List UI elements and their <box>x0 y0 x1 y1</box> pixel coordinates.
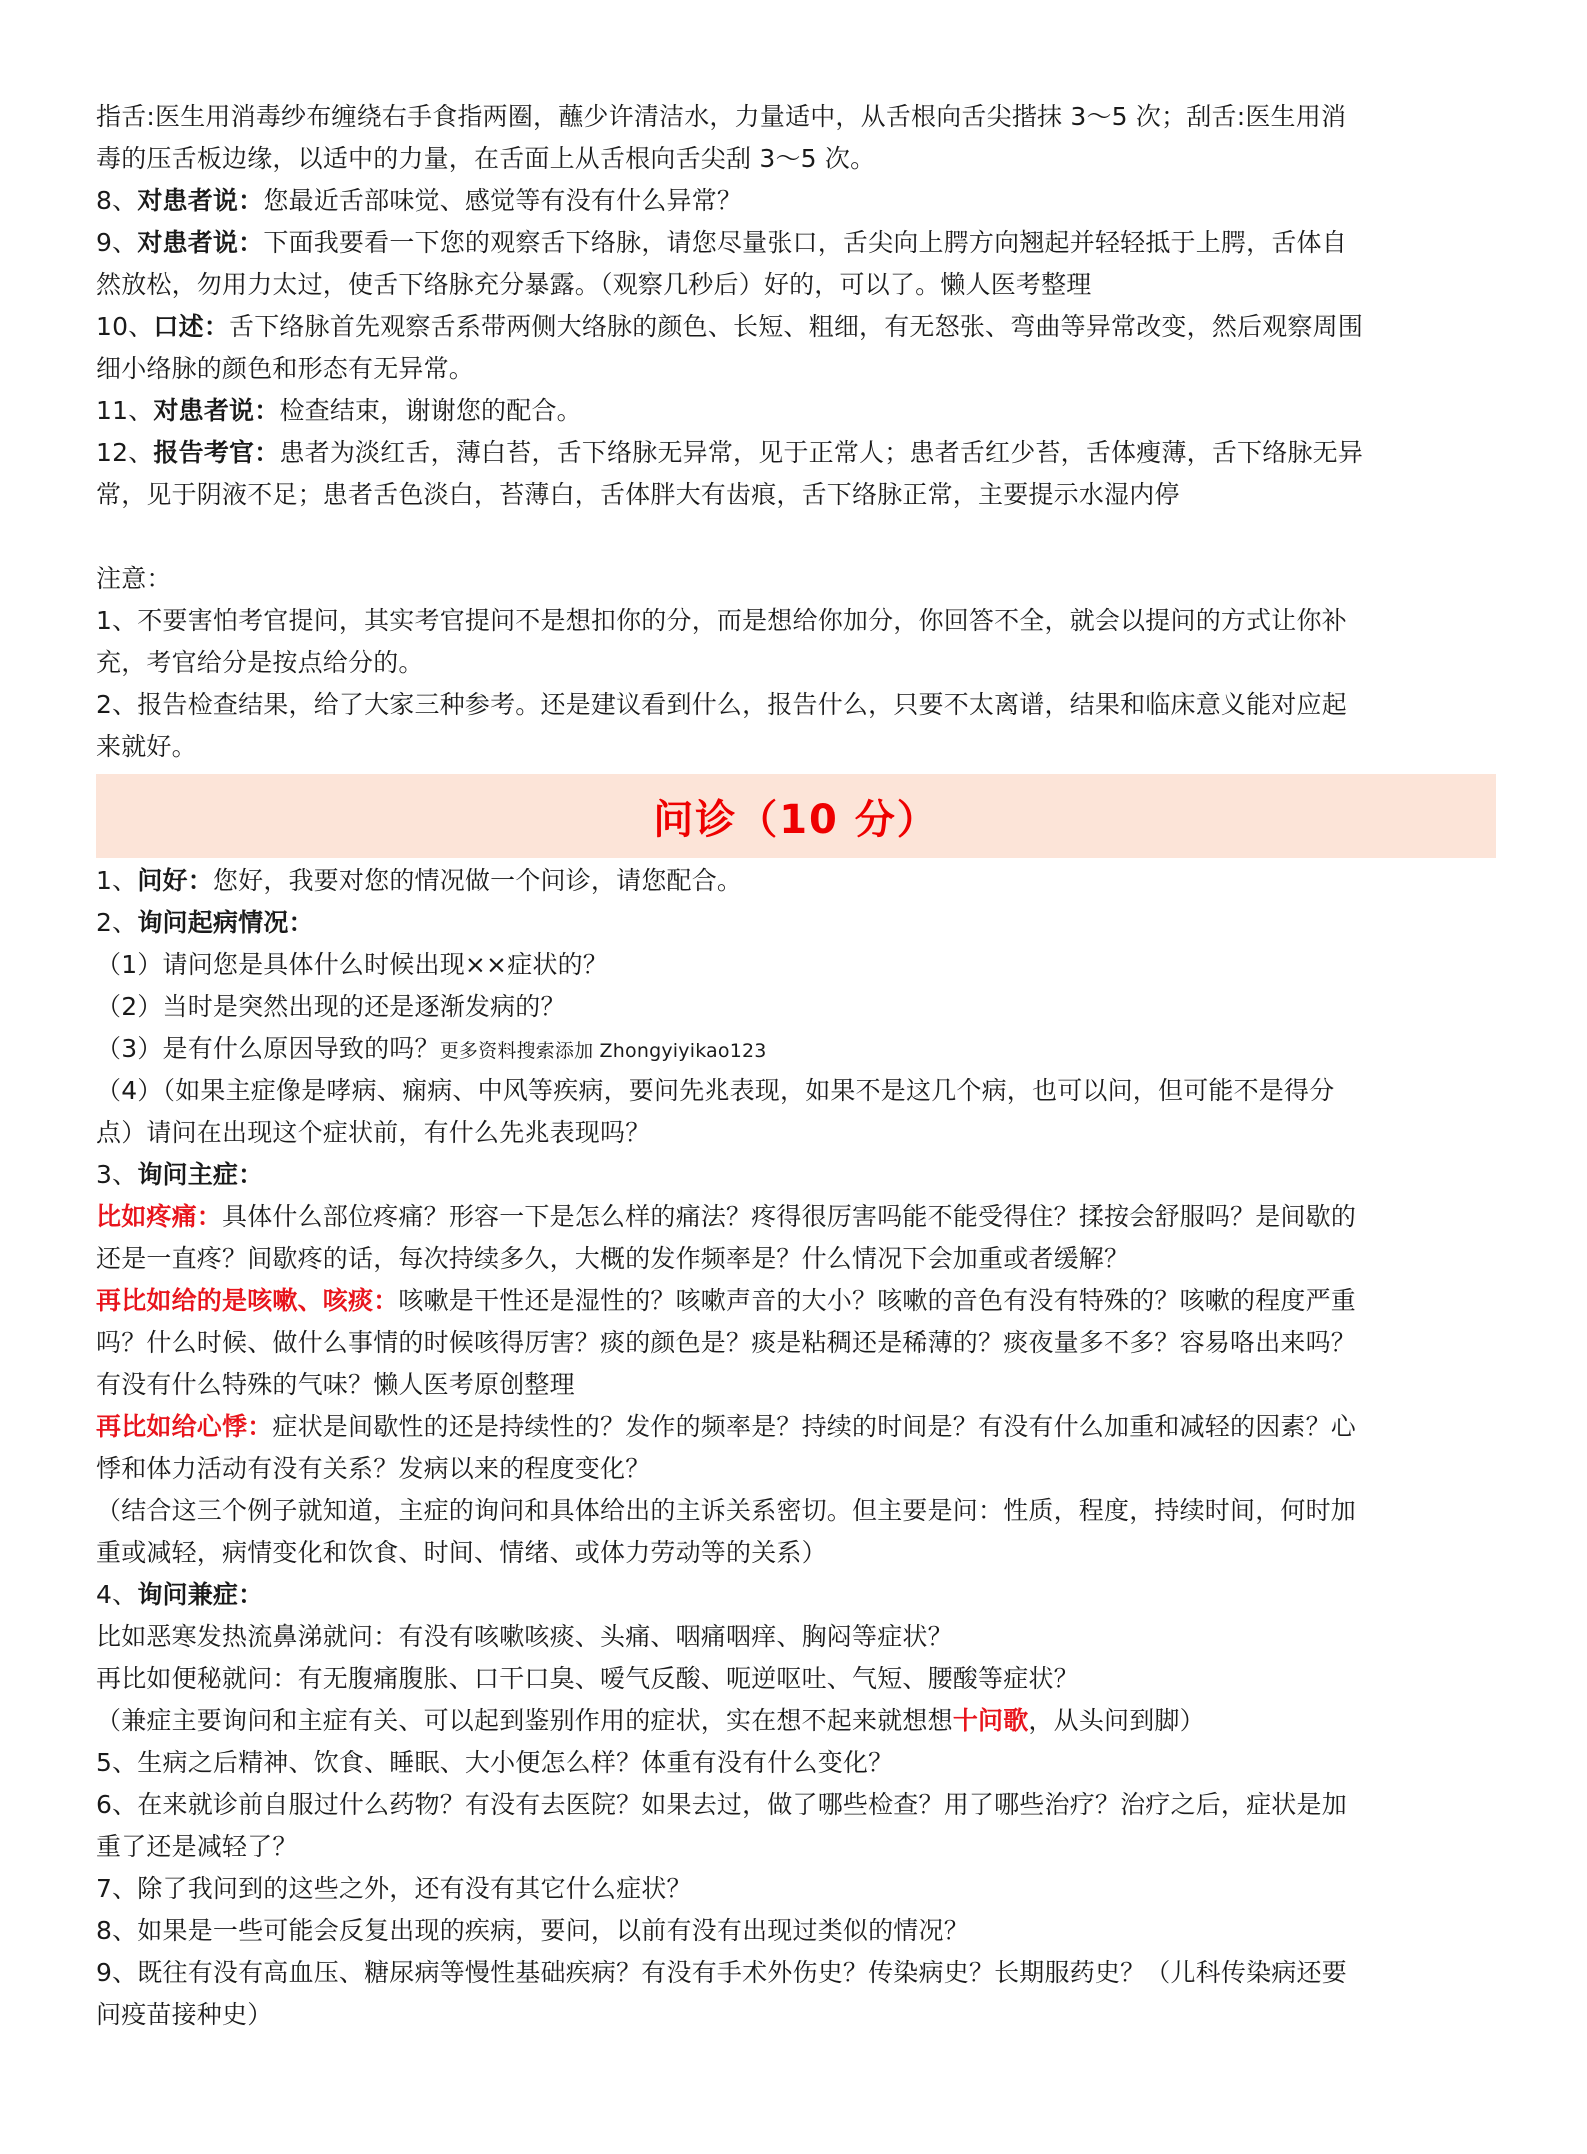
text-segment: 1、不要害怕考官提问，其实考官提问不是想扣你的分，而是想给你加分，你回答不全，就… <box>96 606 1347 635</box>
text-segment: （结合这三个例子就知道，主症的询问和具体给出的主诉关系密切。但主要是问：性质，程… <box>96 1496 1356 1525</box>
text-segment: 9、 <box>96 228 137 257</box>
text-line: 然放松，勿用力太过，使舌下络脉充分暴露。（观察几秒后）好的，可以了。懒人医考整理 <box>96 264 1496 306</box>
text-line: 常，见于阴液不足；患者舌色淡白，苔薄白，舌体胖大有齿痕，舌下络脉正常，主要提示水… <box>96 474 1496 516</box>
text-segment: 细小络脉的颜色和形态有无异常。 <box>96 354 474 383</box>
text-segment: 重或减轻，病情变化和饮食、时间、情绪、或体力劳动等的关系） <box>96 1538 827 1567</box>
text-segment: 4、 <box>96 1580 137 1609</box>
text-segment: （兼症主要询问和主症有关、可以起到鉴别作用的症状，实在想不起来就想想 <box>96 1706 953 1735</box>
text-segment: 舌下络脉首先观察舌系带两侧大络脉的颜色、长短、粗细，有无怒张、弯曲等异常改变，然… <box>229 312 1363 341</box>
text-line: （3）是有什么原因导致的吗？更多资料搜索添加 Zhongyiyikao123 <box>96 1028 1496 1070</box>
text-segment: 问疫苗接种史） <box>96 2000 272 2029</box>
text-line: 10、口述：舌下络脉首先观察舌系带两侧大络脉的颜色、长短、粗细，有无怒张、弯曲等… <box>96 306 1496 348</box>
text-segment: 点）请问在出现这个症状前，有什么先兆表现吗？ <box>96 1118 650 1147</box>
text-line: 1、问好：您好，我要对您的情况做一个问诊，请您配合。 <box>96 860 1496 902</box>
text-segment: 更多资料搜索添加 Zhongyiyikao123 <box>440 1040 767 1062</box>
text-segment: 11、 <box>96 396 153 425</box>
text-segment: 来就好。 <box>96 732 197 761</box>
text-line: 吗？什么时候、做什么事情的时候咳得厉害？痰的颜色是？痰是粘稠还是稀薄的？痰夜量多… <box>96 1322 1496 1364</box>
text-line: 2、询问起病情况： <box>96 902 1496 944</box>
notes-section: 注意：1、不要害怕考官提问，其实考官提问不是想扣你的分，而是想给你加分，你回答不… <box>96 558 1496 768</box>
text-segment: 症状是间歇性的还是持续性的？发作的频率是？持续的时间是？有没有什么加重和减轻的因… <box>272 1412 1356 1441</box>
text-line: 8、对患者说：您最近舌部味觉、感觉等有没有什么异常？ <box>96 180 1496 222</box>
text-line: 4、询问兼症： <box>96 1574 1496 1616</box>
section-title: 问诊（10 分） <box>653 788 939 845</box>
bold-label: 对患者说： <box>137 186 263 215</box>
text-segment: 8、 <box>96 186 137 215</box>
text-segment: ，从头问到脚） <box>1028 1706 1204 1735</box>
text-segment: 3、 <box>96 1160 137 1189</box>
text-line: 再比如便秘就问：有无腹痛腹胀、口干口臭、嗳气反酸、呃逆呕吐、气短、腰酸等症状？ <box>96 1658 1496 1700</box>
spacer <box>96 516 1496 558</box>
text-segment: 具体什么部位疼痛？形容一下是怎么样的痛法？疼得很厉害吗能不能受得住？揉按会舒服吗… <box>222 1202 1356 1231</box>
text-line: 5、生病之后精神、饮食、睡眠、大小便怎么样？体重有没有什么变化？ <box>96 1742 1496 1784</box>
text-segment: 6、在来就诊前自服过什么药物？有没有去医院？如果去过，做了哪些检查？用了哪些治疗… <box>96 1790 1347 1819</box>
text-segment: 2、报告检查结果，给了大家三种参考。还是建议看到什么，报告什么，只要不太离谱，结… <box>96 690 1347 719</box>
text-line: 重了还是减轻了？ <box>96 1826 1496 1868</box>
text-segment: 7、除了我问到的这些之外，还有没有其它什么症状？ <box>96 1874 692 1903</box>
text-line: 7、除了我问到的这些之外，还有没有其它什么症状？ <box>96 1868 1496 1910</box>
text-segment: 5、生病之后精神、饮食、睡眠、大小便怎么样？体重有没有什么变化？ <box>96 1748 893 1777</box>
document-page: 指舌:医生用消毒纱布缠绕右手食指两圈，蘸少许清洁水，力量适中，从舌根向舌尖揩抹 … <box>96 96 1496 2036</box>
text-line: 6、在来就诊前自服过什么药物？有没有去医院？如果去过，做了哪些检查？用了哪些治疗… <box>96 1784 1496 1826</box>
bold-label: 询问主症： <box>137 1160 263 1189</box>
highlight-label: 再比如给的是咳嗽、咳痰： <box>96 1286 398 1315</box>
text-line: 2、报告检查结果，给了大家三种参考。还是建议看到什么，报告什么，只要不太离谱，结… <box>96 684 1496 726</box>
inquiry-steps: 1、问好：您好，我要对您的情况做一个问诊，请您配合。2、询问起病情况：（1）请问… <box>96 860 1496 2036</box>
text-line: 比如恶寒发热流鼻涕就问：有没有咳嗽咳痰、头痛、咽痛咽痒、胸闷等症状？ <box>96 1616 1496 1658</box>
text-line: 问疫苗接种史） <box>96 1994 1496 2036</box>
text-segment: 12、 <box>96 438 153 467</box>
text-line: 8、如果是一些可能会反复出现的疾病，要问，以前有没有出现过类似的情况？ <box>96 1910 1496 1952</box>
text-line: 来就好。 <box>96 726 1496 768</box>
text-segment: （4）（如果主症像是哮病、痫病、中风等疾病，要问先兆表现，如果不是这几个病，也可… <box>96 1076 1334 1105</box>
text-segment: 检查结束，谢谢您的配合。 <box>279 396 581 425</box>
bold-label: 询问起病情况： <box>137 908 313 937</box>
text-segment: 有没有什么特殊的气味？ <box>96 1370 373 1399</box>
text-segment: 10、 <box>96 312 153 341</box>
text-segment: （3）是有什么原因导致的吗？ <box>96 1034 440 1063</box>
text-line: （1）请问您是具体什么时候出现××症状的？ <box>96 944 1496 986</box>
text-line: （2）当时是突然出现的还是逐渐发病的？ <box>96 986 1496 1028</box>
text-segment: 然放松，勿用力太过，使舌下络脉充分暴露。（观察几秒后）好的，可以了。懒人医考整理 <box>96 270 1092 299</box>
section-header-band: 问诊（10 分） <box>96 774 1496 858</box>
text-line: 有没有什么特殊的气味？懒人医考原创整理 <box>96 1364 1496 1406</box>
text-line: （结合这三个例子就知道，主症的询问和具体给出的主诉关系密切。但主要是问：性质，程… <box>96 1490 1496 1532</box>
text-line: （兼症主要询问和主症有关、可以起到鉴别作用的症状，实在想不起来就想想十问歌，从头… <box>96 1700 1496 1742</box>
text-line: 再比如给心悸：症状是间歇性的还是持续性的？发作的频率是？持续的时间是？有没有什么… <box>96 1406 1496 1448</box>
text-segment: 您最近舌部味觉、感觉等有没有什么异常？ <box>263 186 742 215</box>
text-line: 再比如给的是咳嗽、咳痰：咳嗽是干性还是湿性的？咳嗽声音的大小？咳嗽的音色有没有特… <box>96 1280 1496 1322</box>
text-segment: 咳嗽是干性还是湿性的？咳嗽声音的大小？咳嗽的音色有没有特殊的？咳嗽的程度严重 <box>398 1286 1356 1315</box>
text-segment: 再比如便秘就问：有无腹痛腹胀、口干口臭、嗳气反酸、呃逆呕吐、气短、腰酸等症状？ <box>96 1664 1079 1693</box>
text-segment: 懒人医考原创整理 <box>373 1370 575 1399</box>
text-line: 11、对患者说：检查结束，谢谢您的配合。 <box>96 390 1496 432</box>
text-segment: 指舌:医生用消毒纱布缠绕右手食指两圈，蘸少许清洁水，力量适中，从舌根向舌尖揩抹 … <box>96 102 1346 131</box>
bold-label: 口述： <box>153 312 229 341</box>
text-segment: 1、 <box>96 866 137 895</box>
text-segment: 比如恶寒发热流鼻涕就问：有没有咳嗽咳痰、头痛、咽痛咽痒、胸闷等症状？ <box>96 1622 953 1651</box>
text-line: 悸和体力活动有没有关系？发病以来的程度变化？ <box>96 1448 1496 1490</box>
text-line: （4）（如果主症像是哮病、痫病、中风等疾病，要问先兆表现，如果不是这几个病，也可… <box>96 1070 1496 1112</box>
bold-label: 对患者说： <box>137 228 263 257</box>
highlight-label: 十问歌 <box>953 1706 1029 1735</box>
text-segment: 您好，我要对您的情况做一个问诊，请您配合。 <box>213 866 742 895</box>
text-segment: 还是一直疼？间歇疼的话，每次持续多久，大概的发作频率是？什么情况下会加重或者缓解… <box>96 1244 1129 1273</box>
text-segment: 重了还是减轻了？ <box>96 1832 298 1861</box>
text-line: 细小络脉的颜色和形态有无异常。 <box>96 348 1496 390</box>
text-segment: （2）当时是突然出现的还是逐渐发病的？ <box>96 992 566 1021</box>
text-segment: 毒的压舌板边缘，以适中的力量，在舌面上从舌根向舌尖刮 3～5 次。 <box>96 144 875 173</box>
text-line: 9、既往有没有高血压、糖尿病等慢性基础疾病？有没有手术外伤史？传染病史？长期服药… <box>96 1952 1496 1994</box>
text-line: 指舌:医生用消毒纱布缠绕右手食指两圈，蘸少许清洁水，力量适中，从舌根向舌尖揩抹 … <box>96 96 1496 138</box>
text-line: 点）请问在出现这个症状前，有什么先兆表现吗？ <box>96 1112 1496 1154</box>
text-line: 12、报告考官：患者为淡红舌，薄白苔，舌下络脉无异常，见于正常人；患者舌红少苔，… <box>96 432 1496 474</box>
bold-label: 询问兼症： <box>137 1580 263 1609</box>
bold-label: 问好： <box>137 866 213 895</box>
highlight-label: 比如疼痛： <box>96 1202 222 1231</box>
text-line: 还是一直疼？间歇疼的话，每次持续多久，大概的发作频率是？什么情况下会加重或者缓解… <box>96 1238 1496 1280</box>
text-line: 3、询问主症： <box>96 1154 1496 1196</box>
text-segment: 常，见于阴液不足；患者舌色淡白，苔薄白，舌体胖大有齿痕，舌下络脉正常，主要提示水… <box>96 480 1180 509</box>
highlight-label: 再比如给心悸： <box>96 1412 272 1441</box>
text-segment: 9、既往有没有高血压、糖尿病等慢性基础疾病？有没有手术外伤史？传染病史？长期服药… <box>96 1958 1347 1987</box>
text-segment: 患者为淡红舌，薄白苔，舌下络脉无异常，见于正常人；患者舌红少苔，舌体瘦薄，舌下络… <box>279 438 1363 467</box>
text-segment: 下面我要看一下您的观察舌下络脉，请您尽量张口，舌尖向上腭方向翘起并轻轻抵于上腭，… <box>263 228 1347 257</box>
tongue-exam-steps: 指舌:医生用消毒纱布缠绕右手食指两圈，蘸少许清洁水，力量适中，从舌根向舌尖揩抹 … <box>96 96 1496 516</box>
text-line: 1、不要害怕考官提问，其实考官提问不是想扣你的分，而是想给你加分，你回答不全，就… <box>96 600 1496 642</box>
text-segment: 8、如果是一些可能会反复出现的疾病，要问，以前有没有出现过类似的情况？ <box>96 1916 969 1945</box>
text-line: 比如疼痛：具体什么部位疼痛？形容一下是怎么样的痛法？疼得很厉害吗能不能受得住？揉… <box>96 1196 1496 1238</box>
bold-label: 报告考官： <box>153 438 279 467</box>
text-segment: 充，考官给分是按点给分的。 <box>96 648 424 677</box>
text-segment: （1）请问您是具体什么时候出现××症状的？ <box>96 950 608 979</box>
text-segment: 悸和体力活动有没有关系？发病以来的程度变化？ <box>96 1454 650 1483</box>
text-segment: 2、 <box>96 908 137 937</box>
text-line: 毒的压舌板边缘，以适中的力量，在舌面上从舌根向舌尖刮 3～5 次。 <box>96 138 1496 180</box>
text-line: 充，考官给分是按点给分的。 <box>96 642 1496 684</box>
text-segment: 吗？什么时候、做什么事情的时候咳得厉害？痰的颜色是？痰是粘稠还是稀薄的？痰夜量多… <box>96 1328 1356 1357</box>
text-line: 注意： <box>96 558 1496 600</box>
text-line: 9、对患者说：下面我要看一下您的观察舌下络脉，请您尽量张口，舌尖向上腭方向翘起并… <box>96 222 1496 264</box>
text-line: 重或减轻，病情变化和饮食、时间、情绪、或体力劳动等的关系） <box>96 1532 1496 1574</box>
text-segment: 注意： <box>96 564 172 593</box>
bold-label: 对患者说： <box>153 396 279 425</box>
